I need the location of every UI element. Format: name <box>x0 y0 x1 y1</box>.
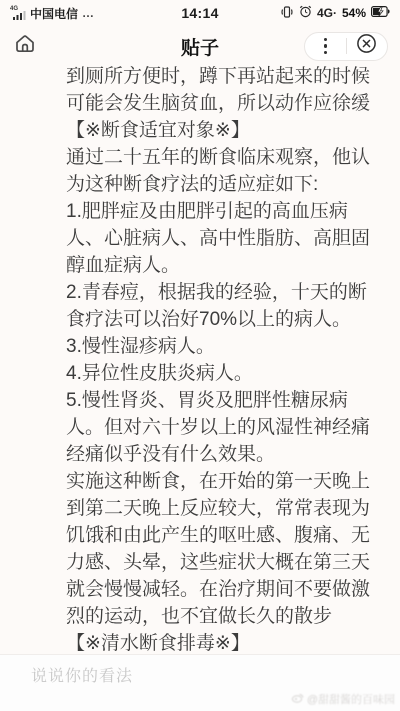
post-text-line: 1.肥胖症及由肥胖引起的高血压病 <box>66 198 372 225</box>
alarm-clock-icon <box>299 5 312 21</box>
post-text-line: 经痛似乎没有什么效果。 <box>66 441 372 468</box>
post-text-line: 为这种断食疗法的适应症如下: <box>66 171 372 198</box>
menu-dots-icon <box>324 38 327 41</box>
battery-charging-icon <box>371 6 390 20</box>
home-icon <box>13 32 37 61</box>
post-text-line: 人。但对六十岁以上的风湿性神经痛 <box>66 414 372 441</box>
post-text-line: 4.异位性皮肤炎病人。 <box>66 360 372 387</box>
header: 贴子 <box>0 26 400 66</box>
capsule-divider <box>346 38 347 54</box>
battery-percent: 54% <box>342 6 366 20</box>
post-text-line: 力感、头晕，这些症状大概在第三天 <box>66 549 372 576</box>
app-screen: 4G 中国电信 … 14:14 <box>0 0 400 711</box>
weibo-logo-icon <box>291 692 304 706</box>
watermark: @甜甜酱的百味园 <box>291 691 395 707</box>
post-text-line: 食疗法可以治好70%以上的病人。 <box>66 306 372 333</box>
post-text-line: 到第二天晚上反应较大，常常表现为 <box>66 495 372 522</box>
post-text-line: 到厕所方便时，蹲下再站起来的时候 <box>66 63 372 90</box>
post-content[interactable]: 到厕所方便时，蹲下再站起来的时候可能会发生脑贫血，所以动作应徐缓【※断食适宜对象… <box>0 61 400 711</box>
vibrate-icon <box>280 6 294 21</box>
post-text-line: 醇血症病人。 <box>66 252 372 279</box>
carrier-more: … <box>82 6 95 20</box>
comment-input[interactable]: 说说你的看法 <box>31 663 133 686</box>
home-button[interactable] <box>12 33 38 59</box>
post-text-line: 【※断食适宜对象※】 <box>66 117 372 144</box>
network-label: 4G· <box>317 6 337 20</box>
post-text-line: 2.青春痘，根据我的经验，十天的断 <box>66 279 372 306</box>
close-icon <box>356 33 377 59</box>
composer-bar: 说说你的看法 @甜甜酱的百味园 <box>0 655 400 711</box>
post-text-line: 5.慢性肾炎、胃炎及肥胖性糖尿病 <box>66 387 372 414</box>
signal-bars-icon: 4G <box>10 7 26 20</box>
status-bar: 4G 中国电信 … 14:14 <box>0 0 400 26</box>
status-right: 4G· 54% <box>280 5 390 21</box>
post-text-line: 3.慢性湿疹病人。 <box>66 333 372 360</box>
post-text-line: 人、心脏病人、高中性脂肪、高胆固 <box>66 225 372 252</box>
window-capsule <box>304 32 388 61</box>
post-text-line: 【※清水断食排毒※】 <box>66 630 372 657</box>
post-text-line: 可能会发生脑贫血，所以动作应徐缓 <box>66 90 372 117</box>
post-text-line: 饥饿和由此产生的呕吐感、腹痛、无 <box>66 522 372 549</box>
post-text-line: 就会慢慢减轻。在治疗期间不要做激 <box>66 576 372 603</box>
close-button[interactable] <box>351 33 383 59</box>
post-text-line: 烈的运动，也不宜做长久的散步 <box>66 603 372 630</box>
status-left: 4G 中国电信 … <box>10 5 95 22</box>
post-text-line: 通过二十五年的断食临床观察，他认 <box>66 144 372 171</box>
watermark-username: @甜甜酱的百味园 <box>307 691 395 707</box>
menu-button[interactable] <box>309 34 341 58</box>
carrier-label: 中国电信 <box>30 5 78 22</box>
post-text-line: 实施这种断食，在开始的第一天晚上 <box>66 468 372 495</box>
